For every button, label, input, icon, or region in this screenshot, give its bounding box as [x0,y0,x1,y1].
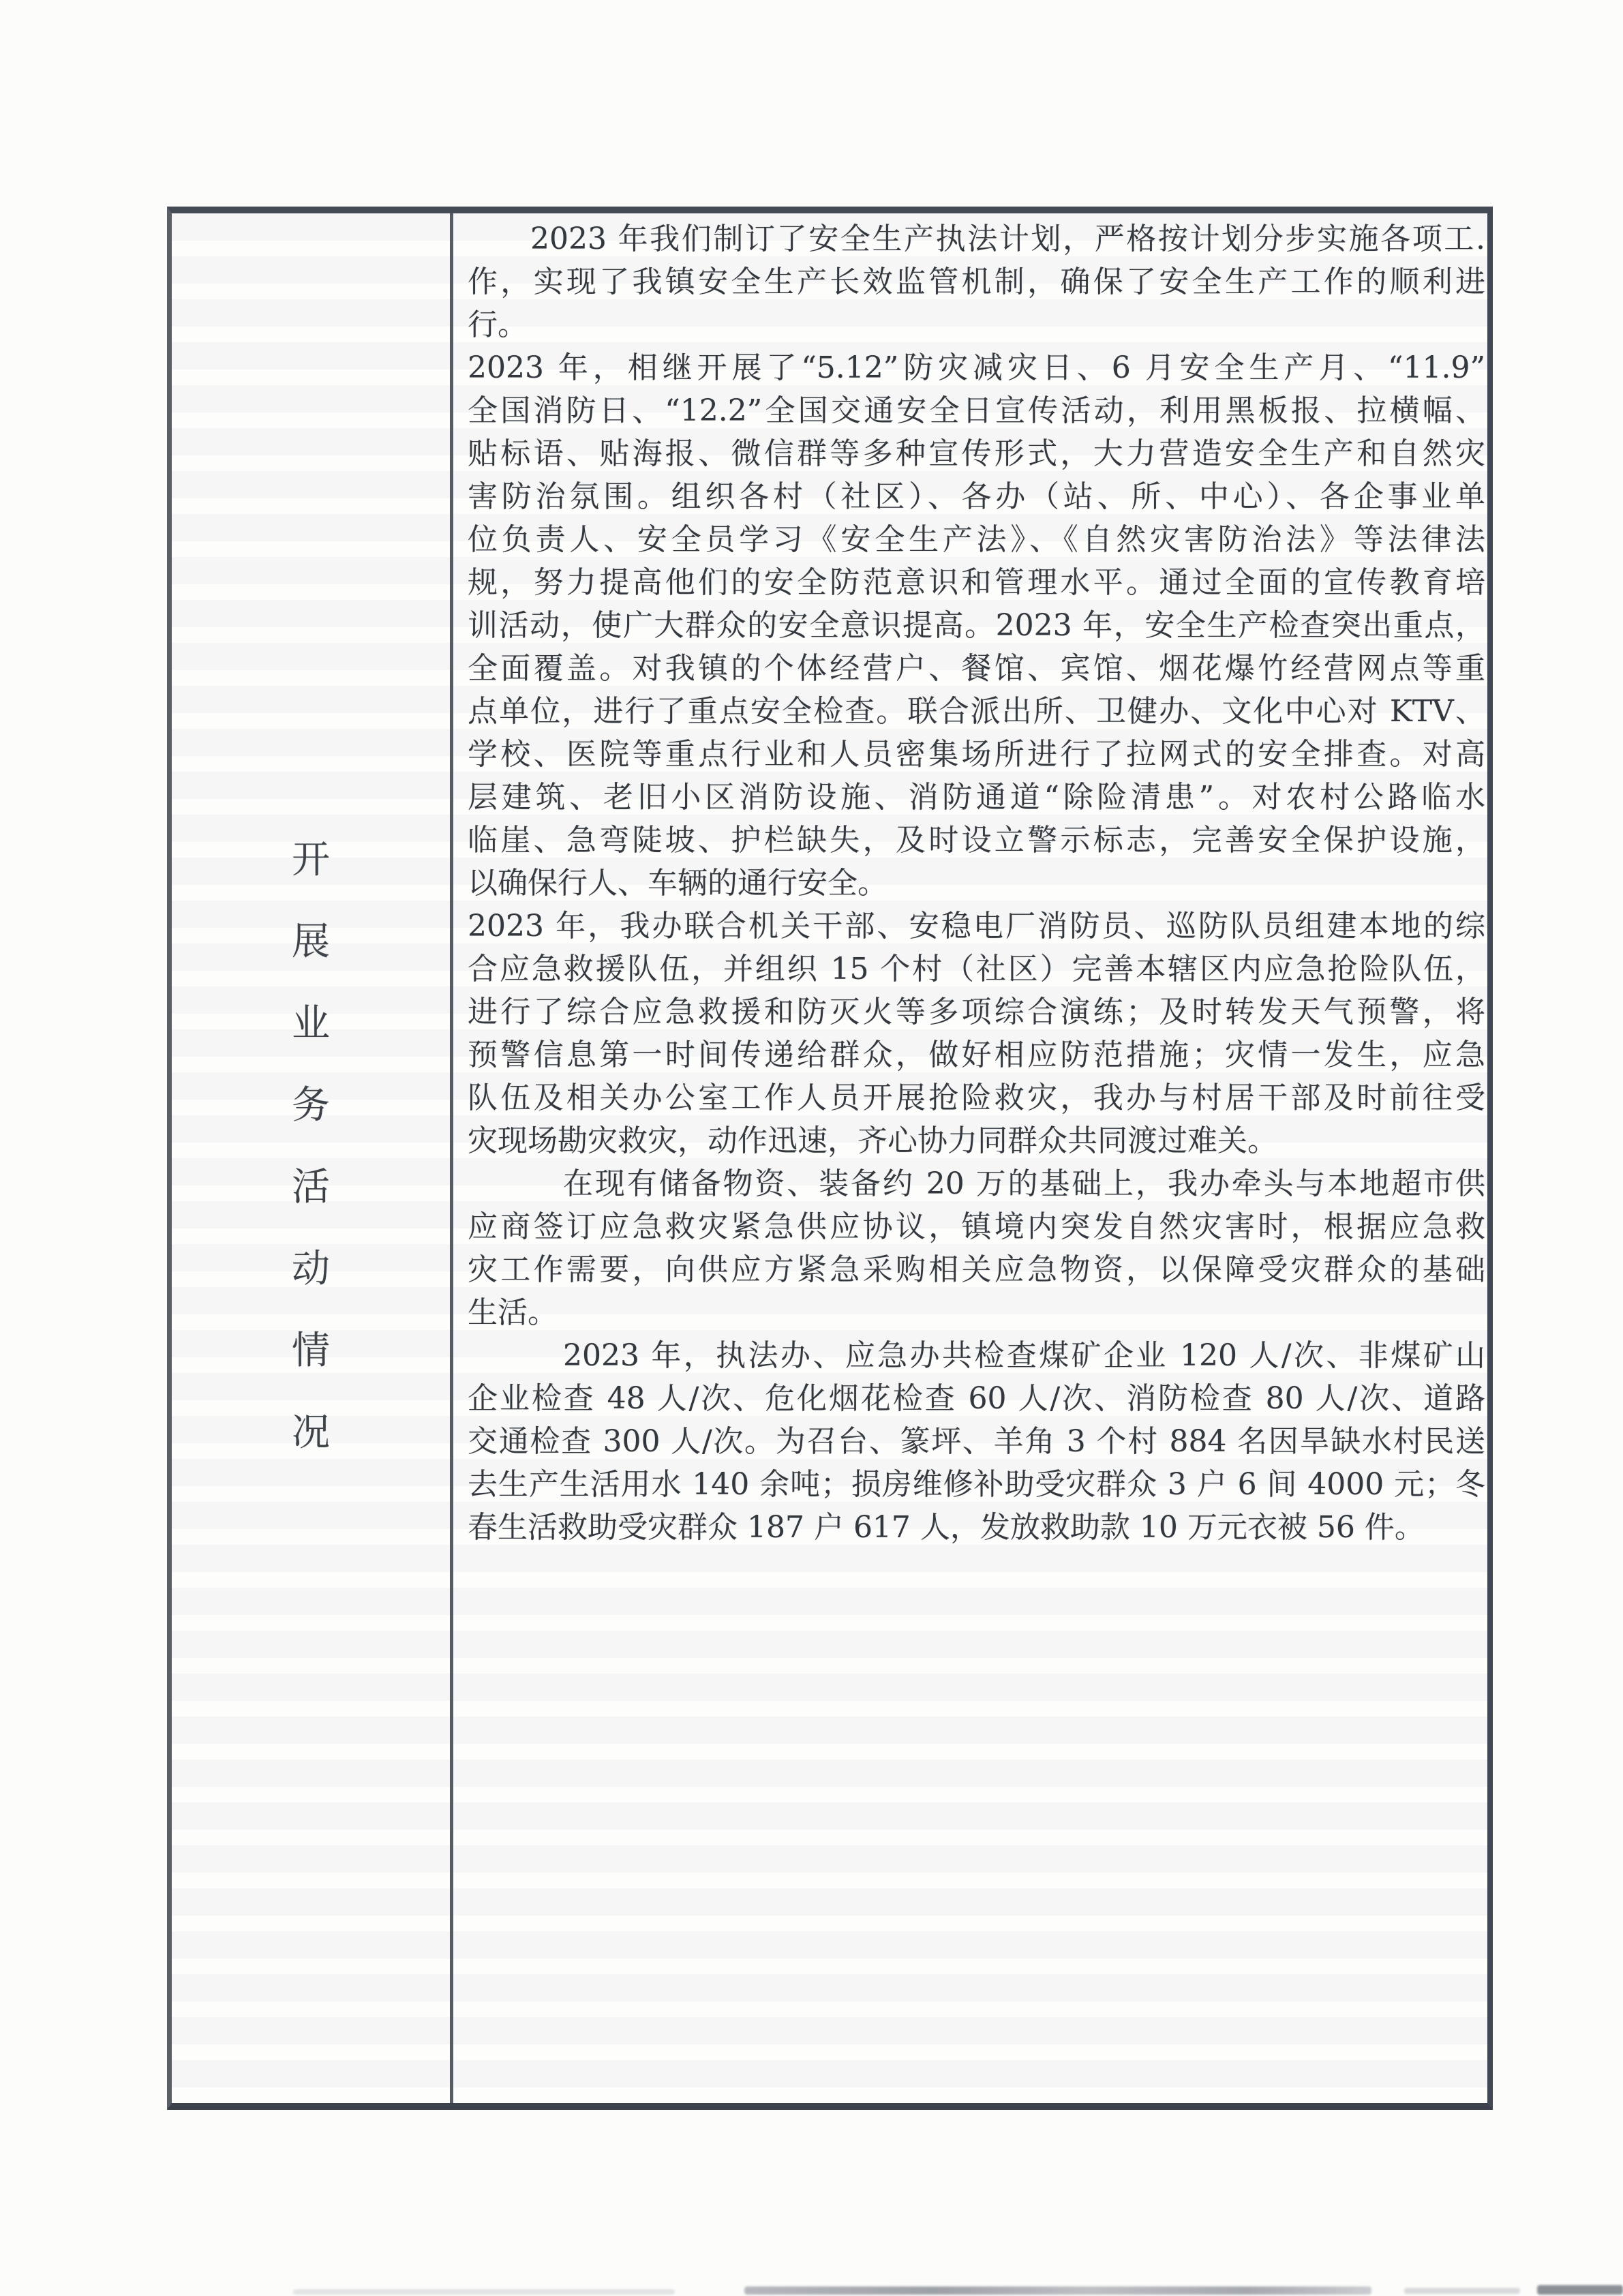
body-text-line: 训活动，使广大群众的安全意识提高。2023 年，安全生产检查突出重点， [468,604,1485,647]
scan-artifact [1404,2288,1520,2294]
body-text-line: 层建筑、老旧小区消防设施、消防通道“除险清患”。对农村公路临水 [468,776,1485,819]
row-header-char: 动 [292,1250,330,1331]
body-text-line: 进行了综合应急救援和防灭火等多项综合演练；及时转发天气预警，将 [468,991,1485,1033]
body-text-line: 贴标语、贴海报、微信群等多种宣传形式，大力营造安全生产和自然灾 [468,432,1485,475]
report-table-inner: 开展业务活动情况 2023 年我们制订了安全生产执法计划，严格按计划分步实施各项… [172,213,1487,2103]
body-text-line: 2023 年，相继开展了“5.12”防灾减灾日、6 月安全生产月、“11.9” [468,346,1485,389]
body-text-line: 位负责人、安全员学习《安全生产法》、《自然灾害防治法》等法律法 [468,518,1485,561]
scan-artifact [1537,2285,1623,2295]
report-table: 开展业务活动情况 2023 年我们制订了安全生产执法计划，严格按计划分步实施各项… [167,207,1493,2110]
body-text-line: 在现有储备物资、装备约 20 万的基础上，我办牵头与本地超市供 [468,1162,1485,1205]
row-header-char: 务 [292,1086,330,1168]
body-text-line: 应商签订应急救灾紧急供应协议，镇境内突发自然灾害时，根据应急救 [468,1205,1485,1248]
body-text-line: 作，实现了我镇安全生产长效监管机制，确保了安全生产工作的顺利进 [468,260,1485,303]
scan-artifact [744,2286,1371,2295]
row-header-char: 情 [292,1331,330,1413]
body-text-line: 生活。 [468,1291,1485,1334]
row-header-char: 展 [292,922,330,1004]
body-text-line: 企业检查 48 人/次、危化烟花检查 60 人/次、消防检查 80 人/次、道路 [468,1377,1485,1420]
row-header-cell: 开展业务活动情况 [172,213,450,2103]
row-content-cell: 2023 年我们制订了安全生产执法计划，严格按计划分步实施各项工.作，实现了我镇… [453,213,1487,2103]
body-text-line: 预警信息第一时间传递给群众，做好相应防范措施；灾情一发生，应急 [468,1033,1485,1076]
row-header-char: 活 [292,1168,330,1250]
body-text-line: 灾工作需要，向供应方紧急采购相关应急物资，以保障受灾群众的基础 [468,1248,1485,1291]
row-header-char: 开 [292,841,330,922]
body-text-line: 点单位，进行了重点安全检查。联合派出所、卫健办、文化中心对 KTV、 [468,690,1485,733]
row-header-vertical-label: 开展业务活动情况 [172,841,450,1495]
body-text-line: 临崖、急弯陡坡、护栏缺失，及时设立警示标志，完善安全保护设施， [468,819,1485,862]
body-text-line: 去生产生活用水 140 余吨；损房维修补助受灾群众 3 户 6 间 4000 元… [468,1463,1485,1506]
body-text-line: 春生活救助受灾群众 187 户 617 人，发放救助款 10 万元衣被 56 件… [468,1506,1485,1549]
body-text-line: 灾现场勘灾救灾，动作迅速，齐心协力同群众共同渡过难关。 [468,1119,1485,1162]
body-text-line: 全面覆盖。对我镇的个体经营户、餐馆、宾馆、烟花爆竹经营网点等重 [468,647,1485,690]
body-text-line: 规，努力提高他们的安全防范意识和管理水平。通过全面的宣传教育培 [468,561,1485,604]
body-text-line: 全国消防日、“12.2”全国交通安全日宣传活动，利用黑板报、拉横幅、 [468,389,1485,432]
body-text-line: 以确保行人、车辆的通行安全。 [468,862,1485,905]
body-text-line: 2023 年，我办联合机关干部、安稳电厂消防员、巡防队员组建本地的综 [468,905,1485,948]
row-header-char: 况 [292,1413,330,1495]
body-text-line: 害防治氛围。组织各村（社区）、各办（站、所、中心）、各企事业单 [468,475,1485,518]
body-text-line: 行。 [468,303,1485,346]
body-text-line: 队伍及相关办公室工作人员开展抢险救灾，我办与村居干部及时前往受 [468,1076,1485,1119]
scan-artifact [293,2289,675,2295]
scanned-document-page: 开展业务活动情况 2023 年我们制订了安全生产执法计划，严格按计划分步实施各项… [0,0,1623,2296]
body-text-line: 学校、医院等重点行业和人员密集场所进行了拉网式的安全排查。对高 [468,733,1485,776]
body-text: 2023 年我们制订了安全生产执法计划，严格按计划分步实施各项工.作，实现了我镇… [468,217,1485,1549]
row-header-char: 业 [292,1004,330,1086]
body-text-line: 2023 年我们制订了安全生产执法计划，严格按计划分步实施各项工. [468,217,1485,260]
body-text-line: 合应急救援队伍，并组织 15 个村（社区）完善本辖区内应急抢险队伍， [468,948,1485,991]
body-text-line: 2023 年，执法办、应急办共检查煤矿企业 120 人/次、非煤矿山 [468,1334,1485,1377]
body-text-line: 交通检查 300 人/次。为召台、篆坪、羊角 3 个村 884 名因旱缺水村民送 [468,1420,1485,1463]
